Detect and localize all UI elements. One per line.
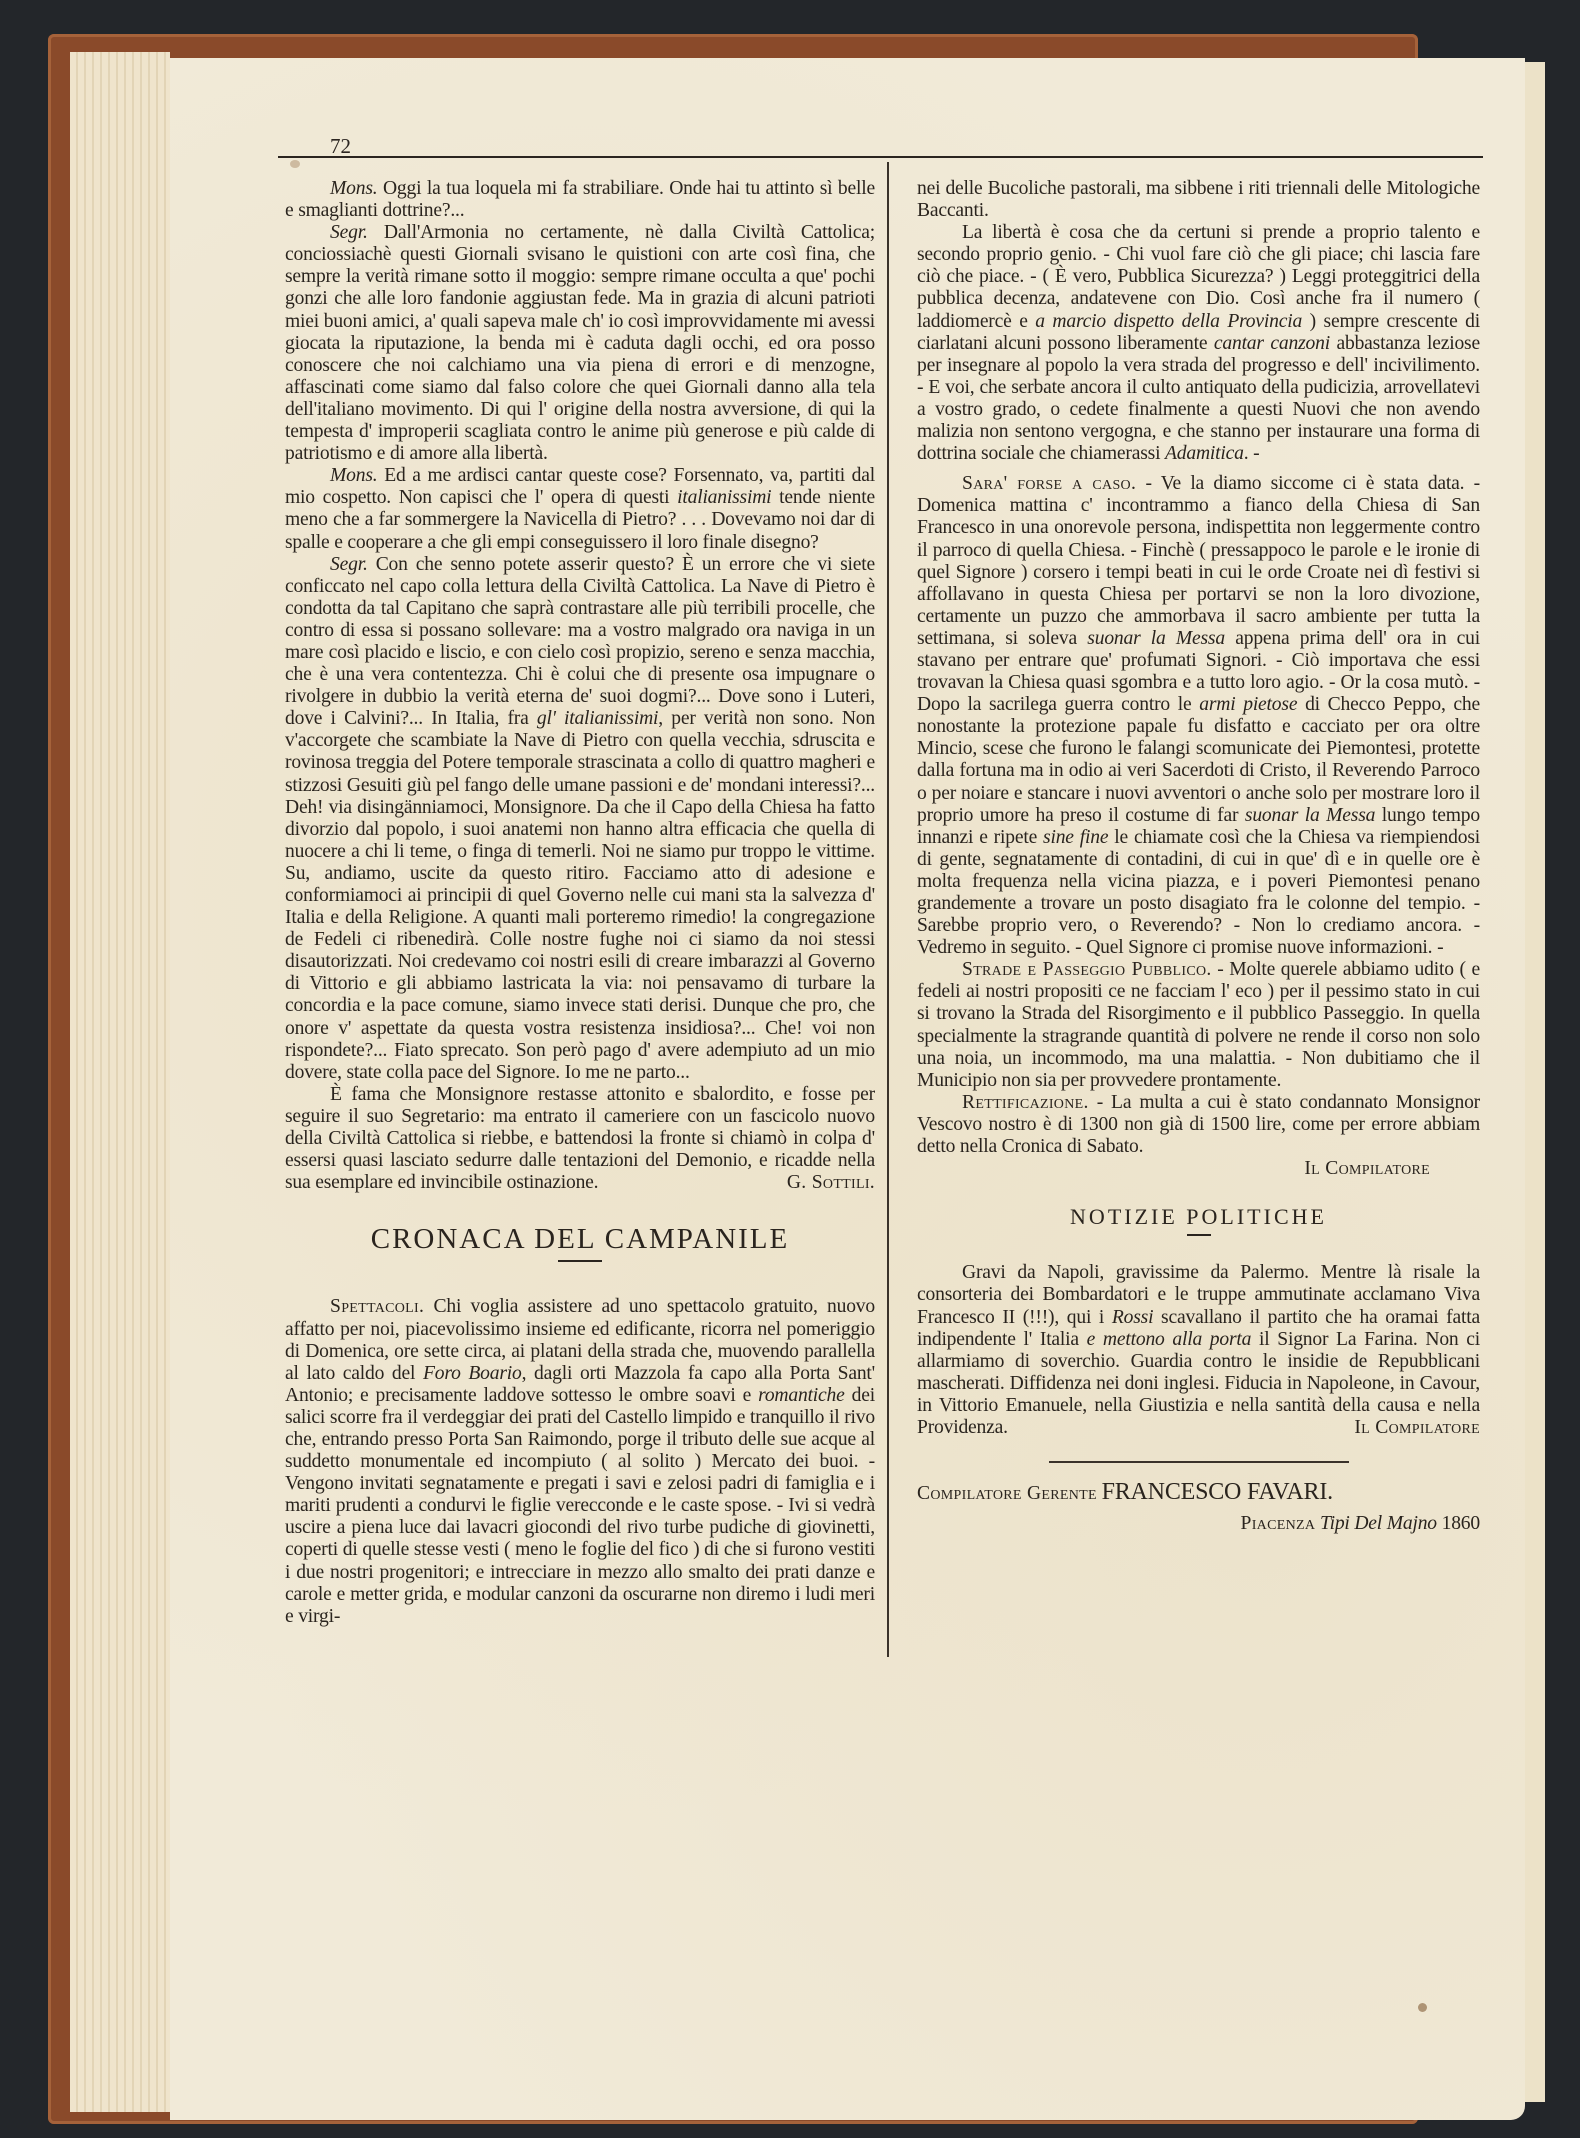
speaker-label: Mons. <box>330 178 377 199</box>
strade-paragraph: Strade e Passeggio Pubblico. - Molte que… <box>917 959 1480 1092</box>
dialogue-paragraph: Segr. Con che senno potete asserir quest… <box>285 554 875 1084</box>
header-rule <box>278 156 1483 158</box>
compiler-signature: Il Compilatore <box>1309 1417 1480 1439</box>
narrative-paragraph: È fama che Monsignore restasse attonito … <box>285 1084 875 1194</box>
speaker-label: Segr. <box>330 554 368 575</box>
speaker-label: Mons. <box>330 465 377 486</box>
politiche-paragraph: Gravi da Napoli, gravissime da Palermo. … <box>917 1262 1480 1439</box>
continuation-paragraph: nei delle Bucoliche pastorali, ma sibben… <box>917 178 1480 222</box>
ink-spot <box>1418 2003 1427 2012</box>
item-label: Strade e Passeggio Pubblico. <box>962 959 1212 980</box>
right-column: nei delle Bucoliche pastorali, ma sibben… <box>917 178 1480 1535</box>
liberta-paragraph: La libertà è cosa che da certuni si pren… <box>917 222 1480 465</box>
dialogue-paragraph: Mons. Oggi la tua loquela mi fa strabili… <box>285 178 875 222</box>
imprint-role: Compilatore Gerente <box>917 1483 1097 1504</box>
next-page-edge <box>1525 62 1545 2102</box>
item-label: Spettacoli. <box>330 1296 424 1317</box>
imprint-rule <box>1049 1461 1349 1463</box>
imprint-printer: Piacenza Tipi Del Majno 1860 <box>917 1513 1480 1535</box>
imprint-name: FRANCESCO FAVARI. <box>1102 1479 1333 1505</box>
item-label: Rettificazione. <box>962 1092 1089 1113</box>
rettificazione-paragraph: Rettificazione. - La multa a cui è stato… <box>917 1092 1480 1158</box>
speaker-label: Segr. <box>330 222 368 243</box>
left-column: Mons. Oggi la tua loquela mi fa strabili… <box>285 178 875 1628</box>
imprint-editor: Compilatore Gerente FRANCESCO FAVARI. <box>917 1481 1480 1505</box>
column-divider <box>887 162 889 1657</box>
section-heading-cronaca: CRONACA DEL CAMPANILE <box>285 1228 875 1250</box>
section-heading-politiche: NOTIZIE POLITICHE <box>917 1206 1480 1228</box>
foxing-spot <box>290 160 300 168</box>
dialogue-paragraph: Mons. Ed a me ardisci cantar queste cose… <box>285 465 875 553</box>
author-signature: G. Sottili. <box>742 1172 875 1194</box>
page-stack-edge <box>70 52 170 2112</box>
heading-rule <box>1187 1234 1211 1236</box>
heading-rule <box>558 1260 602 1262</box>
cronaca-paragraph: Spettacoli. Chi voglia assistere ad uno … <box>285 1296 875 1627</box>
sara-paragraph: Sara' forse a caso. - Ve la diamo siccom… <box>917 473 1480 959</box>
item-label: Sara' forse a caso. <box>962 473 1136 494</box>
compiler-signature: Il Compilatore <box>917 1158 1480 1180</box>
dialogue-paragraph: Segr. Dall'Armonia no certamente, nè dal… <box>285 222 875 465</box>
